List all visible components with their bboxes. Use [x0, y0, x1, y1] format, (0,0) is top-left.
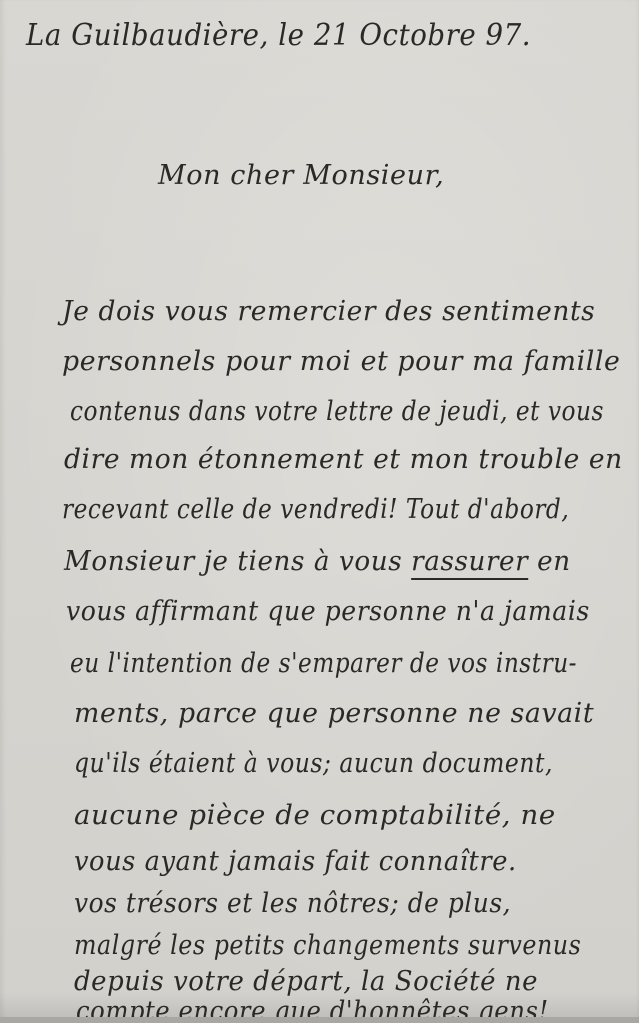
body-line-12: vous ayant jamais fait connaître.	[74, 846, 517, 877]
body-line-14: malgré les petits changements survenus	[74, 930, 581, 961]
body-line-1: Je dois vous remercier des sentiments	[62, 296, 595, 327]
body-line-6: Monsieur je tiens à vous rassurer en	[64, 546, 571, 577]
page-bottom-edge	[0, 1017, 639, 1023]
body-line-9: ments, parce que personne ne savait	[74, 698, 594, 729]
heading-place: La Guilbaudière	[26, 18, 260, 53]
body-line-13: vos trésors et les nôtres; de plus,	[74, 888, 511, 919]
underlined-word-rassurer: rassurer	[411, 546, 528, 577]
body-line-8: eu l'intention de s'emparer de vos instr…	[70, 648, 577, 679]
body-line-6-end: en	[528, 546, 570, 577]
salutation: Mon cher Monsieur,	[158, 160, 444, 191]
body-line-3: contenus dans votre lettre de jeudi, et …	[70, 396, 604, 427]
body-line-6-text: Monsieur je tiens à vous	[64, 546, 411, 577]
heading-comma: ,	[260, 18, 279, 53]
body-line-4: dire mon étonnement et mon trouble en	[64, 444, 623, 475]
body-line-5: recevant celle de vendredi! Tout d'abord…	[62, 494, 569, 525]
body-line-10: qu'ils étaient à vous; aucun document,	[74, 748, 553, 779]
heading-date: le 21 Octobre 97.	[278, 18, 531, 53]
letter-heading: La Guilbaudière, le 21 Octobre 97.	[26, 18, 531, 53]
body-line-11: aucune pièce de comptabilité, ne	[74, 800, 556, 831]
body-line-7: vous affirmant que personne n'a jamais	[66, 596, 590, 627]
body-line-15: depuis votre départ, la Société ne	[74, 966, 538, 997]
letter-page: La Guilbaudière, le 21 Octobre 97. Mon c…	[0, 0, 639, 1023]
body-line-2: personnels pour moi et pour ma famille	[62, 346, 620, 377]
